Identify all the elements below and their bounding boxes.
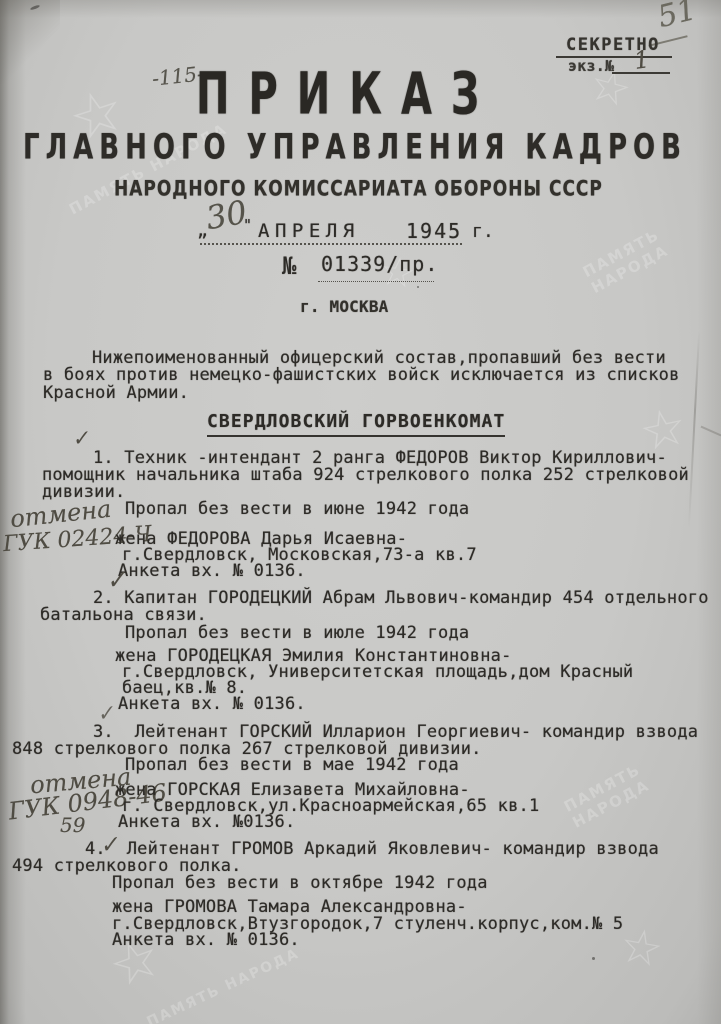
missing-in-action-line: Пропал без вести в мае 1942 года [125,757,459,775]
org-heading-line2: НАРОДНОГО КОМИССАРИАТА ОБОРОНЫ СССР [114,179,603,201]
date-open-quote: „ [197,222,208,241]
wife-line: Анкета вх. № 0136. [118,696,306,714]
order-title: ПРИКАЗ [196,64,498,125]
order-number-label: № [282,254,297,279]
wife-line: Анкета вх. №0136. [118,814,295,832]
date-dotted-underline [200,243,462,245]
copy-number-label: экз.№ [568,59,614,75]
date-era-suffix: г. [472,223,494,242]
dust-speck [417,286,419,288]
date-month: АПРЕЛЯ [258,222,360,242]
missing-in-action-line: Пропал без вести в июле 1942 года [125,625,469,643]
section-heading: СВЕРДЛОВСКИЙ ГОРВОЕНКОМАТ [207,413,505,437]
handwritten-checkmark: ✓ [70,425,90,451]
city-line: г. МОСКВА [300,299,389,316]
date-close-quote: " [243,218,252,234]
order-number-value: 01339/пр. [321,254,438,275]
missing-in-action-line: Пропал без вести в июне 1942 года [125,501,469,519]
entry-line: помощник начальника штаба 924 стрелковог… [42,467,689,485]
missing-in-action-line: Пропал без вести в октябре 1942 года [112,875,488,893]
dust-speck [592,957,595,960]
date-year: 1945 [406,221,462,242]
wife-line: Анкета вх. № 0136. [112,932,300,950]
order-number-dotted-underline [318,281,434,282]
wife-line: Анкета вх. № 0136. [118,563,306,581]
preamble-line: Красной Армии. [43,385,189,403]
org-heading-line1: ГЛАВНОГО УПРАВЛЕНИЯ КАДРОВ [23,130,687,167]
handwritten-margin-note: 59 [60,813,85,837]
